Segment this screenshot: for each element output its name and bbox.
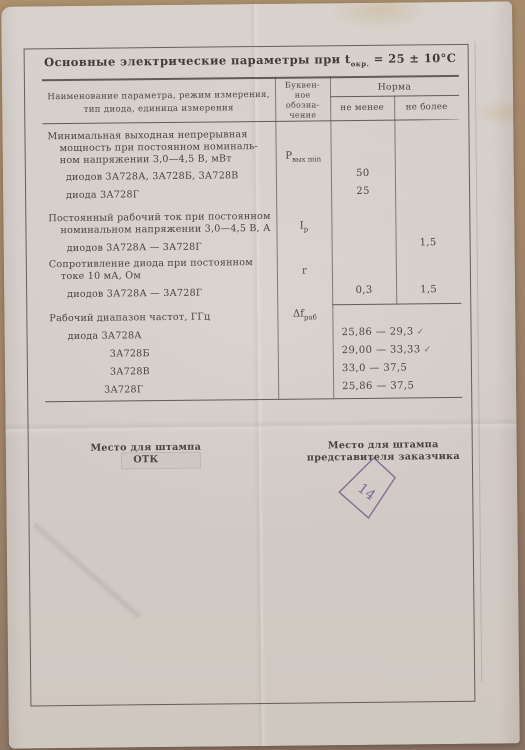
diamond-acceptance-stamp: 14 (0, 0, 525, 750)
diamond-stamp-number: 14 (354, 481, 378, 505)
scanned-document-photo: { "colors": { "background": "#a3876a", "… (0, 0, 525, 750)
document-content: Основные электрические параметры при tок… (0, 0, 525, 750)
